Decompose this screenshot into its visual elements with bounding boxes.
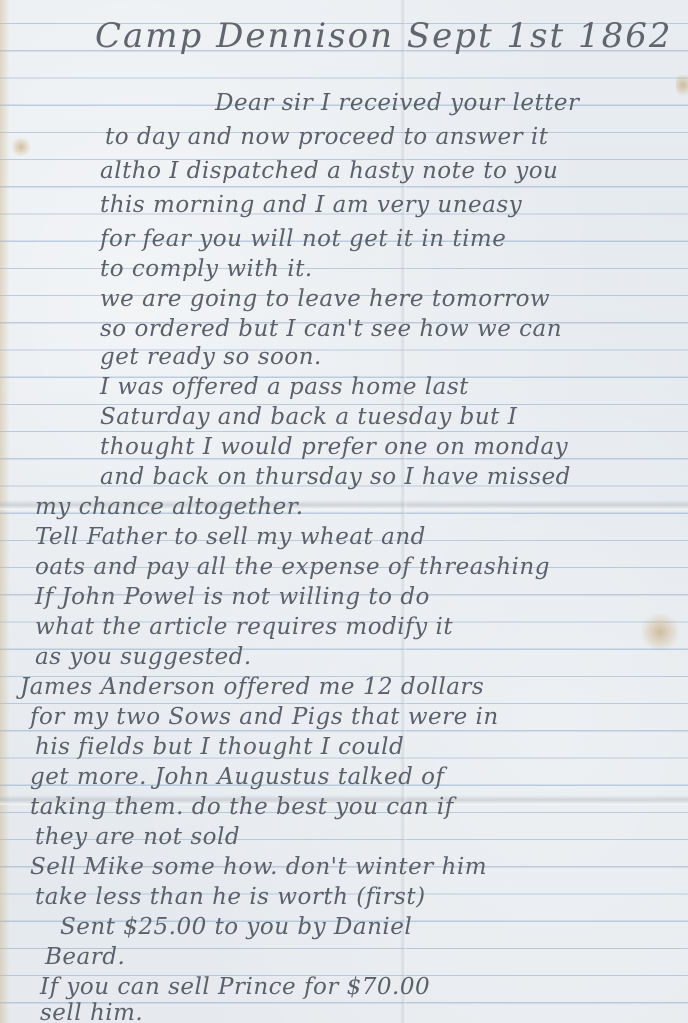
letter-heading: Camp Dennison Sept 1st 1862	[95, 16, 673, 56]
letter-line: Sell Mike some how. don't winter him	[30, 854, 487, 880]
letter-line: his fields but I thought I could	[35, 734, 404, 760]
letter-line: to comply with it.	[100, 256, 313, 282]
letter-line: to day and now proceed to answer it	[105, 124, 549, 150]
letter-line: my chance altogether.	[35, 494, 304, 520]
letter-line: If you can sell Prince for $70.00	[40, 974, 430, 1000]
stain	[10, 138, 32, 156]
letter-line: this morning and I am very uneasy	[100, 192, 522, 218]
letter-line: altho I dispatched a hasty note to you	[100, 158, 558, 184]
letter-line: Tell Father to sell my wheat and	[35, 524, 426, 550]
letter-line: get more. John Augustus talked of	[30, 764, 444, 790]
letter-line: for my two Sows and Pigs that were in	[30, 704, 499, 730]
letter-line: for fear you will not get it in time	[100, 226, 506, 252]
letter-line: sell him.	[40, 1000, 143, 1023]
letter-line: oats and pay all the expense of threashi…	[35, 554, 550, 580]
letter-line: Dear sir I received your letter	[215, 90, 580, 116]
paper-edge-stain	[0, 0, 10, 1023]
letter-line: Saturday and back a tuesday but I	[100, 404, 517, 430]
stain	[676, 70, 688, 100]
letter-line: James Anderson offered me 12 dollars	[20, 674, 484, 700]
letter-line: what the article requires modify it	[35, 614, 453, 640]
letter-line: we are going to leave here tomorrow	[100, 286, 550, 312]
stain	[640, 612, 680, 652]
letter-line: thought I would prefer one on monday	[100, 434, 568, 460]
letter-line: Sent $25.00 to you by Daniel	[60, 914, 412, 940]
letter-line: Beard.	[45, 944, 125, 970]
letter-line: so ordered but I can't see how we can	[100, 316, 562, 342]
letter-line: taking them. do the best you can if	[30, 794, 454, 820]
letter-line: If John Powel is not willing to do	[35, 584, 430, 610]
letter-line: they are not sold	[35, 824, 240, 850]
letter-page: Camp Dennison Sept 1st 1862 Dear sir I r…	[0, 0, 688, 1023]
letter-line: and back on thursday so I have missed	[100, 464, 571, 490]
letter-line: get ready so soon.	[100, 344, 322, 370]
letter-line: take less than he is worth (first)	[35, 884, 426, 910]
letter-line: as you suggested.	[35, 644, 252, 670]
letter-line: I was offered a pass home last	[100, 374, 469, 400]
